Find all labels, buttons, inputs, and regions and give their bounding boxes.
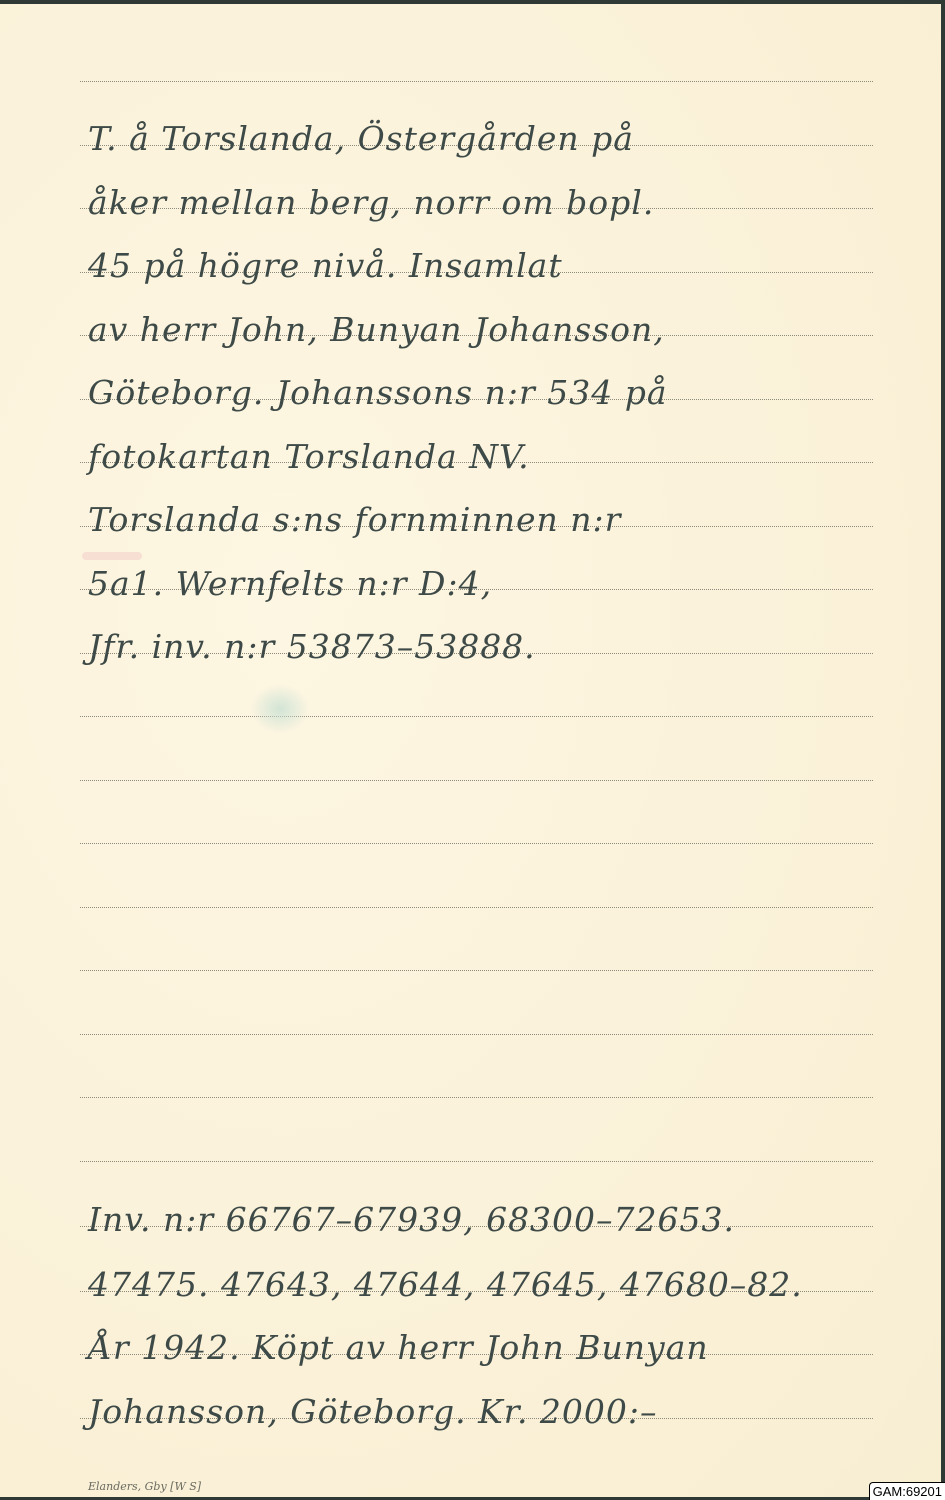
dotted-rule (80, 970, 873, 971)
entry-line: T. å Torslanda, Östergården på (88, 122, 634, 155)
dotted-rule (80, 1034, 873, 1035)
footer-line: Inv. n:r 66767–67939, 68300–72653. (88, 1203, 735, 1236)
dotted-rule (80, 780, 873, 781)
entry-line: Jfr. inv. n:r 53873–53888. (88, 630, 536, 663)
catalogue-card: T. å Torslanda, Östergården på åker mell… (0, 4, 941, 1497)
dotted-rule (80, 716, 873, 717)
footer-line: 47475. 47643, 47644, 47645, 47680–82. (88, 1268, 803, 1301)
dotted-rule (80, 1097, 873, 1098)
dotted-rule (80, 907, 873, 908)
ink-smudge (82, 552, 142, 560)
dotted-rule (80, 843, 873, 844)
entry-line: fotokartan Torslanda NV. (88, 440, 530, 473)
entry-line: av herr John, Bunyan Johansson, (88, 313, 665, 346)
entry-line: 5a1. Wernfelts n:r D:4, (88, 567, 492, 600)
dotted-rule (80, 1161, 873, 1162)
footer-line: Johansson, Göteborg. Kr. 2000:– (88, 1395, 658, 1428)
dotted-rule (80, 81, 873, 82)
entry-line: Göteborg. Johanssons n:r 534 på (88, 376, 668, 409)
footer-line: År 1942. Köpt av herr John Bunyan (88, 1331, 709, 1364)
entry-line: 45 på högre nivå. Insamlat (88, 249, 563, 282)
stain (250, 684, 310, 734)
entry-line: åker mellan berg, norr om bopl. (88, 186, 654, 219)
entry-line: Torslanda s:ns fornminnen n:r (88, 503, 621, 536)
printer-mark: Elanders, Gby [W S] (88, 1480, 201, 1493)
archive-label: GAM:69201 (869, 1482, 945, 1500)
